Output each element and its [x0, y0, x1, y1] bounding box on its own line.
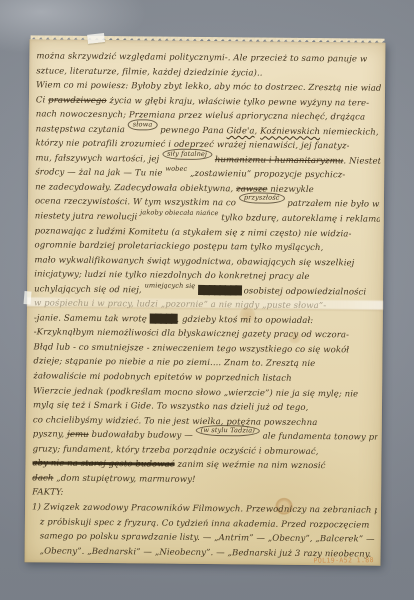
handwriting-segment: patrzałem nie było widać — [284, 199, 381, 210]
handwriting-segment: poznawając z ludźmi Komitetu (a stykałem… — [35, 226, 352, 239]
handwriting-segment: niemieckich, — [320, 127, 379, 138]
struck-text: jemu — [67, 430, 89, 440]
interline-insertion: jakoby obiecała niańce — [140, 209, 218, 217]
handwriting-segment: następstwa czytania — [36, 124, 128, 135]
handwriting-segment: Wiem co mi powiesz: Byłoby zbyt lekko, a… — [36, 80, 381, 93]
handwriting-segment: z próbiskuji spec z fryzurą. Co tydzień … — [40, 517, 370, 530]
handwriting-segment: nach nowoczesnych; Przemiana przez wielu… — [36, 110, 365, 123]
interline-insertion: umiejących się — [145, 282, 196, 289]
blackout-redaction: █████ — [150, 314, 177, 324]
handwriting-segment: w pośpiechu i w pracy, ludzi „pozornie” … — [34, 299, 326, 312]
struck-text: dach — [32, 473, 53, 483]
handwriting-segment: mylą się też i Smark i Gide. To wszystko… — [33, 400, 309, 413]
circled-insertion: słowa — [128, 119, 158, 130]
handwriting-segment: samego po polsku sprawdzanie listy. — „A… — [40, 531, 375, 544]
handwriting-segment: ocena rzeczywistości. W tym wszystkim na… — [35, 197, 239, 209]
handwriting-segment: „dom stupiętrowy, marmurowy! — [53, 473, 195, 484]
handwriting-segment: niestety jutra rewolucji — [35, 211, 140, 222]
handwriting-segment: dzieje; stąpanie po niebie a nie po ziem… — [33, 357, 315, 370]
scan-background: można skrzywdzić względami politycznymi-… — [0, 0, 414, 600]
handwriting-segment: zanim się weźmie na nim wznosić — [175, 460, 326, 471]
interline-insertion: wobec — [165, 166, 187, 173]
handwriting-segment: pyszny, — [33, 430, 68, 440]
handwriting-segment: sztuce, literaturze, filmie, każdej dzie… — [36, 66, 262, 78]
handwriting-segment: osobistej odpowiedzialności — [241, 286, 366, 297]
deckled-top-edge — [31, 35, 385, 42]
circled-insertion: (w stylu Tadzia) — [196, 425, 260, 437]
struck-text: humanizmu i humanitaryzmu — [215, 155, 344, 166]
handwriting-segment: co chcielibyśmy widzieć. To nie jest wie… — [33, 415, 318, 428]
handwriting-segment: pewnego Pana — [157, 125, 226, 136]
underlined-name: Koźniewskich — [260, 126, 320, 137]
handwriting-segment: mało wykwalifikowanych świąt wygodnictwa… — [34, 255, 354, 268]
handwriting-segment: można skrzywdzić względami politycznymi-… — [36, 51, 367, 64]
circled-insertion: siły fatalnej — [162, 148, 212, 159]
tape-fragment-top — [87, 33, 105, 44]
handwriting-segment: ale fundamenta tonowy przez — [260, 432, 382, 443]
handwriting-segment: inicjatywy; ludzi nie tylko niezdolnych … — [34, 270, 309, 283]
handwriting-segment: budowałaby budowy — — [89, 430, 196, 441]
handwriting-segment: ne zadecydowały. Zadecydowała obiektywna… — [35, 182, 236, 194]
manuscript-page: można skrzywdzić względami politycznymi-… — [24, 39, 385, 565]
handwriting-lines: można skrzywdzić względami politycznymi-… — [32, 49, 382, 563]
handwriting-segment: -Krzyknąłbym niemożliwości dla błyskawic… — [34, 328, 349, 341]
handwriting-segment: gruzy; fundament, który trzeba porządnie… — [33, 444, 319, 457]
handwriting-segment: tylko bzdurę, autoreklamę i reklamację, — [218, 213, 381, 225]
handwriting-segment: Wierzcie jednak (podkreślam mocno słowo … — [33, 386, 358, 399]
handwriting-segment: żałowaliście mi podobnych epitetów w pop… — [33, 371, 292, 383]
struck-text: aby nie na starej gęsto budować — [32, 459, 174, 470]
handwriting-segment: . Niestety moi — [343, 156, 381, 167]
archive-stamp: POL19-A52 1.88 — [314, 556, 378, 565]
circled-insertion: przyszłość — [239, 193, 285, 204]
underlined-name: Gide'a — [227, 126, 255, 136]
handwriting-segment: środcy — żal na jak — Tu nie — [35, 168, 165, 179]
handwriting-segment: -janie. Samemu tak wrotę — [34, 313, 150, 324]
handwriting-segment: życia w głębi kraju, właściwie tylko pew… — [107, 96, 370, 109]
blackout-redaction: ████████ — [198, 286, 241, 296]
handwriting-segment: ogromnie bardziej proletariackiego postę… — [34, 240, 323, 253]
handwriting-segment: Błąd lub - co smutniejsze - zniweczeniem… — [34, 342, 350, 355]
handwriting-segment: FAKTY: — [32, 488, 63, 498]
handwriting-segment: mu, fałszywych wartości, jej — [35, 153, 162, 164]
handwriting-segment: 1) Związek zawodowy Pracowników Filmowyc… — [32, 502, 381, 516]
handwriting-segment: uchylających się od niej, — [34, 284, 145, 295]
handwriting-segment: „zostawieniu” propozycje psychicz- — [187, 169, 345, 181]
handwriting-segment: Ci — [36, 95, 48, 105]
struck-text: prawdziwego — [48, 95, 107, 106]
handwriting-segment: , gdzieby ktoś mi to opowiadał: — [176, 315, 313, 326]
